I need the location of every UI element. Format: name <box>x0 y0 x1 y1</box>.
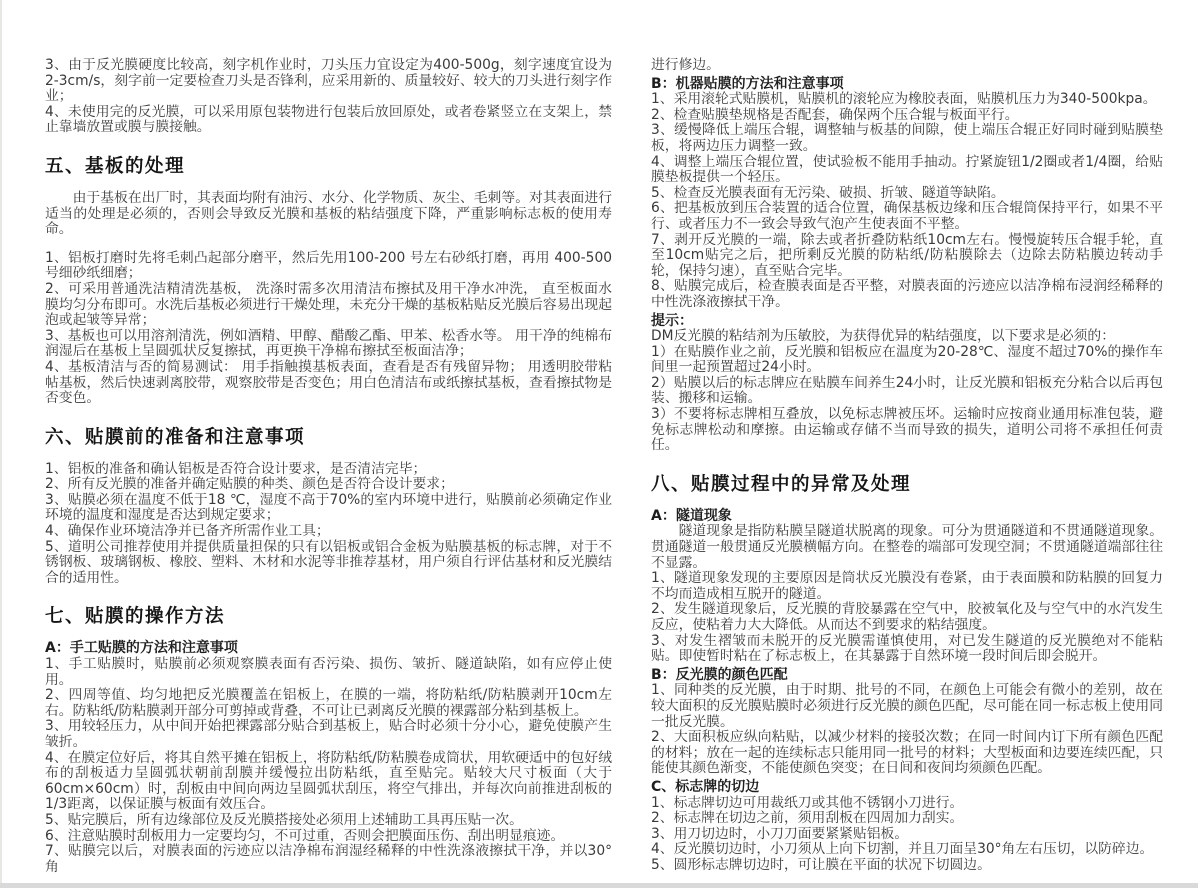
paragraph: 5、检查反光膜表面有无污染、破损、折皱、隧道等缺陷。 <box>651 186 1163 202</box>
paragraph: 3、用较轻压力，从中间开始把裸露部分贴合到基板上，贴合时必须十分小心，避免使膜产… <box>45 719 612 750</box>
paragraph: 3、基板也可以用溶剂清洗，例如酒精、甲醇、醋酸乙酯、甲苯、松香水等。 用干净的纯… <box>45 329 612 360</box>
paragraph: 4、未使用完的反光膜，可以采用原包装物进行包装后放回原处，或者卷紧竖立在支架上，… <box>45 105 612 136</box>
section-heading: 七、贴膜的操作方法 <box>45 606 612 628</box>
paragraph: 4、调整上端压合辊位置，使试验板不能用手抽动。拧紧旋钮1/2圈或者1/4圈，给贴… <box>651 155 1163 186</box>
paragraph: 隧道现象是指防粘膜呈隧道状脱离的现象。可分为贯通隧道和不贯通隧道现象。贯通隧道一… <box>651 524 1163 571</box>
paragraph: 4、基板清洁与否的简易测试： 用手指触摸基板表面，查看是否有残留异物； 用透明胶… <box>45 360 612 407</box>
paragraph: 1、采用滚轮式贴膜机，贴膜机的滚轮应为橡胶表面，贴膜机压力为340-500kpa… <box>651 92 1163 108</box>
paragraph: 2、大面积板应纵向粘贴，以减少材料的接驳次数；在同一时间内订下所有颜色匹配的材料… <box>651 730 1163 777</box>
section-heading: 八、贴膜过程中的异常及处理 <box>651 474 1163 496</box>
page-bottom-edge <box>0 883 1198 888</box>
paragraph: 2、标志牌在切边之前，须用刮板在四周加力刮实。 <box>651 811 1163 827</box>
paragraph: 1）在贴膜作业之前，反光膜和铝板应在温度为20-28℃、湿度不超过70%的操作车… <box>651 345 1163 376</box>
left-column: 3、由于反光膜硬度比较高，刻字机作业时，刀头压力宜设定为400-500g，刻字速… <box>45 58 612 875</box>
subsection-heading: C、标志牌的切边 <box>651 780 1163 796</box>
paragraph: 1、标志牌切边可用裁纸刀或其他不锈钢小刀进行。 <box>651 796 1163 812</box>
paragraph: 3、缓慢降低上端压合辊，调整轴与板基的间隙，使上端压合辊正好同时碰到贴膜垫板，将… <box>651 123 1163 154</box>
subsection-heading: A：手工贴膜的方法和注意事项 <box>45 641 612 657</box>
paragraph: 5、贴完膜后，所有边缘部位及反光膜搭接处必须用上述辅助工具再压贴一次。 <box>45 813 612 829</box>
paragraph: 6、把基板放到压合装置的适合位置，确保基板边缘和压合辊筒保持平行，如果不平行、或… <box>651 201 1163 232</box>
spacer <box>45 238 612 251</box>
paragraph: 2、所有反光膜的准备并确定贴膜的种类、颜色是否符合设计要求； <box>45 477 612 493</box>
paragraph: 5、圆形标志牌切边时，可让膜在平面的状况下切圆边。 <box>651 858 1163 874</box>
paragraph: 2）贴膜以后的标志牌应在贴膜车间养生24小时，让反光膜和铝板充分粘合以后再包装、… <box>651 376 1163 407</box>
paragraph: 1、手工贴膜时，贴膜前必须观察膜表面有否污染、损伤、皱折、隧道缺陷，如有应停止使… <box>45 657 612 688</box>
document-page: 3、由于反光膜硬度比较高，刻字机作业时，刀头压力宜设定为400-500g，刻字速… <box>0 0 1198 888</box>
paragraph: 1、铝板打磨时先将毛刺凸起部分磨平，然后先用100-200 号左右砂纸打磨，再用… <box>45 251 612 282</box>
section-heading: 五、基板的处理 <box>45 156 612 178</box>
paragraph: 1、铝板的准备和确认铝板是否符合设计要求，是否清洁完毕； <box>45 462 612 478</box>
paragraph: 7、剥开反光膜的一端，除去或者折叠防粘纸10cm左右。慢慢旋转压合辊手轮，直至1… <box>651 233 1163 280</box>
paragraph: 2、可采用普通洗洁精清洗基板， 洗涤时需多次用清洁布擦拭及用干净水冲洗， 直至板… <box>45 282 612 329</box>
paragraph: 4、在膜定位好后，将其自然平摊在铝板上，将防粘纸/防粘膜卷成筒状，用软硬适中的包… <box>45 751 612 813</box>
subsection-heading: B：机器贴膜的方法和注意事项 <box>651 77 1163 93</box>
paragraph: 3、用刀切边时，小刀刀面要紧紧贴铝板。 <box>651 827 1163 843</box>
right-column: 进行修边。B：机器贴膜的方法和注意事项1、采用滚轮式贴膜机，贴膜机的滚轮应为橡胶… <box>651 58 1163 874</box>
paragraph: 8、贴膜完成后，检查膜表面是否平整，对膜表面的污迹应以洁净棉布浸润经稀释的中性洗… <box>651 279 1163 310</box>
paragraph: 3、由于反光膜硬度比较高，刻字机作业时，刀头压力宜设定为400-500g，刻字速… <box>45 58 612 105</box>
paragraph: 2、发生隧道现象后，反光膜的背胶暴露在空气中，胶被氧化及与空气中的水汽发生反应，… <box>651 602 1163 633</box>
paragraph: 4、确保作业环境洁净并已备齐所需作业工具； <box>45 524 612 540</box>
paragraph: 1、同种类的反光膜，由于时期、批号的不同，在颜色上可能会有微小的差别，故在较大面… <box>651 683 1163 730</box>
paragraph: DM反光膜的粘结剂为压敏胶，为获得优异的粘结强度，以下要求是必须的： <box>651 329 1163 345</box>
paragraph: 2、四周等值、均匀地把反光膜覆盖在铝板上，在膜的一端，将防粘纸/防粘膜剥开10c… <box>45 688 612 719</box>
paragraph: 5、道明公司推荐使用并提供质量担保的只有以铝板或铝合金板为贴膜基板的标志牌，对于… <box>45 540 612 587</box>
page-left-edge <box>0 0 2 888</box>
paragraph: 进行修边。 <box>651 58 1163 74</box>
paragraph: 3、对发生褶皱而未脱开的反光膜需谨慎使用，对已发生隧道的反光膜绝对不能粘贴。即使… <box>651 634 1163 665</box>
subsection-heading: 提示： <box>651 314 1163 330</box>
paragraph: 3、贴膜必须在温度不低于18 ℃，湿度不高于70%的室内环境中进行，贴膜前必须确… <box>45 493 612 524</box>
paragraph: 1、隧道现象发现的主要原因是筒状反光膜没有卷紧，由于表面膜和防粘膜的回复力不均而… <box>651 571 1163 602</box>
paragraph: 4、反光膜切边时，小刀须从上向下切割，并且刀面呈30°角左右压切，以防碎边。 <box>651 842 1163 858</box>
section-heading: 六、贴膜前的准备和注意事项 <box>45 427 612 449</box>
paragraph: 7、贴膜完以后，对膜表面的污迹应以洁净棉布润湿经稀释的中性洗涤液擦拭干净，并以3… <box>45 844 612 875</box>
paragraph: 由于基板在出厂时，其表面均附有油污、水分、化学物质、灰尘、毛刺等。对其表面进行适… <box>45 191 612 238</box>
paragraph: 3）不要将标志牌相互叠放，以免标志牌被压坏。运输时应按商业通用标准包装，避免标志… <box>651 407 1163 454</box>
paragraph: 6、注意贴膜时刮板用力一定要均匀，不可过重，否则会把膜面压伤、刮出明显痕迹。 <box>45 829 612 845</box>
